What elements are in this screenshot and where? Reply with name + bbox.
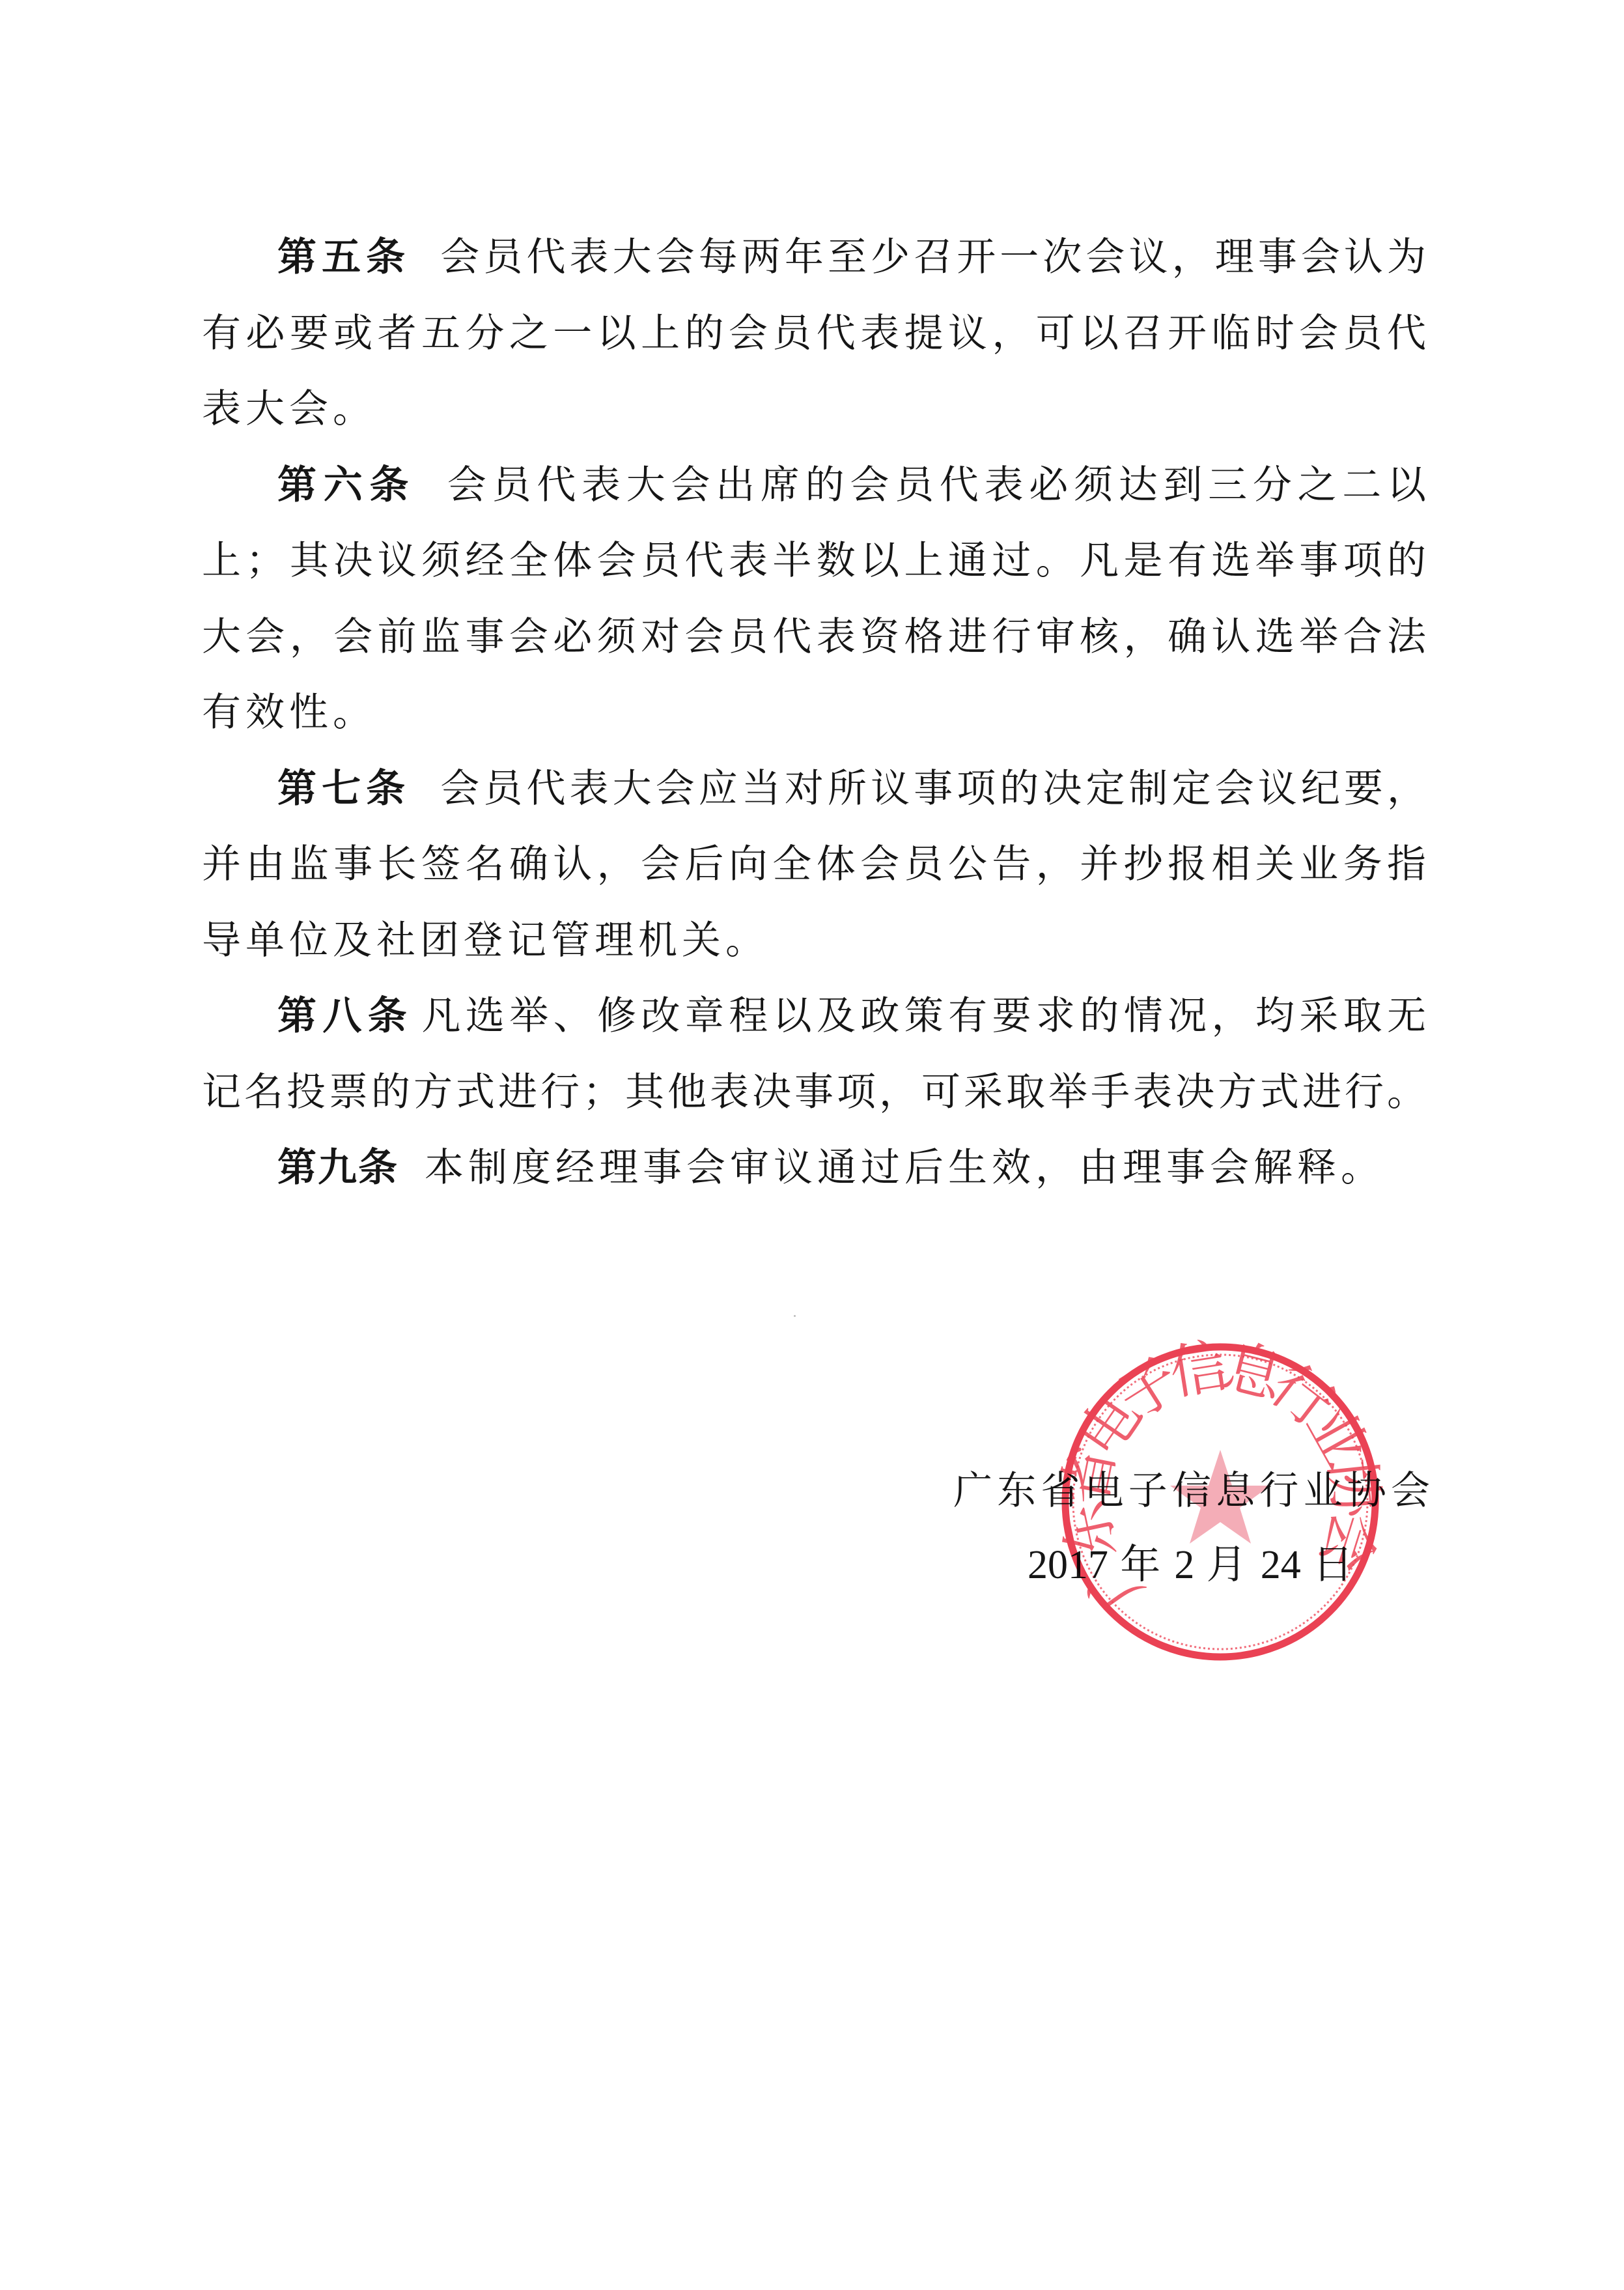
article-text: 本制度经理事会审议通过后生效，由理事会解释。: [425, 1145, 1384, 1191]
article-7-line-1: 第七条会员代表大会应当对所议事项的决定制定会议纪要，: [202, 751, 1426, 827]
document-page: 第五条会员代表大会每两年至少召开一次会议，理事会认为 有必要或者五分之一以上的会…: [0, 0, 1624, 2290]
article-7-line-2: 并由监事长签名确认，会后向全体会员公告，并抄报相关业务指: [202, 827, 1426, 903]
article-text: 会员代表大会出席的会员代表必须达到三分之二以: [441, 462, 1426, 508]
article-6-line-1: 第六条会员代表大会出席的会员代表必须达到三分之二以: [202, 447, 1426, 524]
article-heading: 第九条: [277, 1145, 399, 1191]
scan-speck: [794, 1315, 796, 1317]
regulation-body: 第五条会员代表大会每两年至少召开一次会议，理事会认为 有必要或者五分之一以上的会…: [202, 219, 1426, 1206]
article-7-line-3: 导单位及社团登记管理机关。: [202, 903, 1426, 979]
article-8-line-2: 记名投票的方式进行；其他表决事项，可采取举手表决方式进行。: [202, 1054, 1426, 1131]
article-6-line-4: 有效性。: [202, 675, 1426, 751]
article-heading: 第五条: [277, 234, 410, 280]
article-6-line-3: 大会，会前监事会必须对会员代表资格进行审核，确认选举合法: [202, 599, 1426, 675]
article-heading: 第八条: [277, 993, 413, 1039]
official-seal-stamp: 广东省电子信息行业协会: [1051, 1333, 1390, 1671]
article-5-line-2: 有必要或者五分之一以上的会员代表提议，可以召开临时会员代: [202, 296, 1426, 372]
article-6-line-2: 上；其决议须经全体会员代表半数以上通过。凡是有选举事项的: [202, 523, 1426, 599]
article-heading: 第六条: [277, 462, 415, 508]
article-heading: 第七条: [277, 766, 410, 812]
article-text: 会员代表大会每两年至少召开一次会议，理事会认为: [436, 234, 1426, 280]
article-text: 凡选举、修改章程以及政策有要求的情况，均采取无: [417, 993, 1426, 1039]
article-8-line-1: 第八条凡选举、修改章程以及政策有要求的情况，均采取无: [202, 978, 1426, 1054]
article-9-line-1: 第九条本制度经理事会审议通过后生效，由理事会解释。: [202, 1130, 1426, 1206]
star-icon: [1170, 1450, 1270, 1544]
article-5-line-3: 表大会。: [202, 371, 1426, 447]
article-text: 会员代表大会应当对所议事项的决定制定会议纪要，: [436, 766, 1426, 812]
article-5-line-1: 第五条会员代表大会每两年至少召开一次会议，理事会认为: [202, 219, 1426, 296]
